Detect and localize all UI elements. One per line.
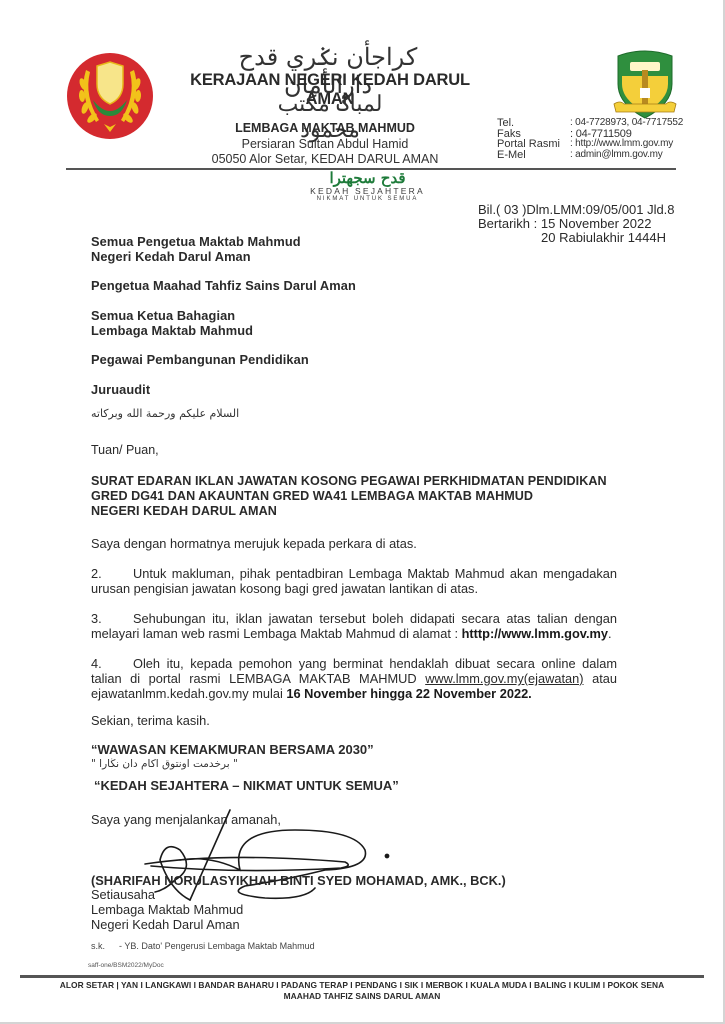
footer-line: MAAHAD TAHFIZ SAINS DARUL AMAN bbox=[20, 991, 704, 1002]
website-link[interactable]: htttp://www.lmm.gov.my bbox=[462, 626, 608, 641]
signatory-org: Negeri Kedah Darul Aman bbox=[91, 918, 243, 933]
paragraph-4: 4.Oleh itu, kepada pemohon yang berminat… bbox=[91, 656, 617, 701]
letter-subject: SURAT EDARAN IKLAN JAWATAN KOSONG PEGAWA… bbox=[91, 474, 651, 519]
signatory-title: Setiausaha bbox=[91, 888, 243, 903]
recipient-line: Semua Ketua Bahagian bbox=[91, 308, 253, 323]
contact-value[interactable]: : http://www.lmm.gov.my bbox=[570, 139, 673, 150]
signatory-name: (SHARIFAH NORULASYIKHAH BINTI SYED MOHAM… bbox=[91, 873, 506, 888]
letter-date: Bertarikh : 15 November 2022 bbox=[478, 217, 675, 231]
paragraph-number: 4. bbox=[91, 656, 133, 671]
recipient: Pengetua Maahad Tahfiz Sains Darul Aman bbox=[91, 278, 356, 293]
recipient: Semua Pengetua Maktab Mahmud Negeri Keda… bbox=[91, 234, 301, 264]
address-line: 05050 Alor Setar, KEDAH DARUL AMAN bbox=[195, 152, 455, 167]
cc-value: - YB. Dato' Pengerusi Lembaga Maktab Mah… bbox=[119, 941, 315, 951]
recipient: Juruaudit bbox=[91, 382, 150, 397]
recipient-line: Lembaga Maktab Mahmud bbox=[91, 323, 253, 338]
punctuation: . bbox=[608, 626, 612, 641]
application-dates: 16 November hingga 22 November 2022. bbox=[286, 686, 531, 701]
contact-portal: Portal Rasmi : http://www.lmm.gov.my bbox=[497, 139, 683, 150]
motto-kedah-sejahtera: “KEDAH SEJAHTERA – NIKMAT UNTUK SEMUA” bbox=[94, 778, 399, 793]
recipient-line: Juruaudit bbox=[91, 382, 150, 397]
paragraph-text: Untuk makluman, pihak pentadbiran Lembag… bbox=[91, 566, 617, 596]
reference-block: Bil.( 03 )Dlm.LMM:09/05/001 Jld.8 Bertar… bbox=[478, 203, 675, 245]
kedah-sejahtera-jawi: قدح سجهترا bbox=[295, 171, 440, 186]
paragraph-number: 2. bbox=[91, 566, 133, 581]
organization-name: LEMBAGA MAKTAB MAHMUD bbox=[205, 121, 445, 135]
paragraph-3: 3.Sehubungan itu, iklan jawatan tersebut… bbox=[91, 611, 617, 641]
recipient-line: Semua Pengetua Maktab Mahmud bbox=[91, 234, 301, 249]
subject-line: SURAT EDARAN IKLAN JAWATAN KOSONG PEGAWA… bbox=[91, 474, 651, 489]
hijri-date: 20 Rabiulakhir 1444H bbox=[478, 231, 675, 245]
lmm-crest-icon bbox=[610, 48, 680, 120]
contact-value[interactable]: : admin@lmm.gov.my bbox=[570, 150, 663, 161]
kedah-crest-icon bbox=[66, 50, 154, 142]
contact-email: E-Mel : admin@lmm.gov.my bbox=[497, 150, 683, 161]
signatory-details: Setiausaha Lembaga Maktab Mahmud Negeri … bbox=[91, 888, 243, 932]
contact-value: : 04-7728973, 04-7717552 bbox=[570, 118, 683, 129]
ejawatan-link[interactable]: www.lmm.gov.my(ejawatan) bbox=[425, 671, 583, 686]
footer-branches: ALOR SETAR | YAN I LANGKAWI I BANDAR BAH… bbox=[20, 980, 704, 1002]
contact-label: Tel. bbox=[497, 118, 570, 129]
reference-number: Bil.( 03 )Dlm.LMM:09/05/001 Jld.8 bbox=[478, 203, 675, 217]
recipient: Pegawai Pembangunan Pendidikan bbox=[91, 352, 309, 367]
carbon-copy: s.k.- YB. Dato' Pengerusi Lembaga Maktab… bbox=[91, 941, 315, 951]
motto-jawi: " برخدمت اونتوق اكام دان نڬارا " bbox=[91, 758, 261, 770]
cc-label: s.k. bbox=[91, 941, 119, 951]
greeting: Tuan/ Puan, bbox=[91, 443, 159, 457]
letter-page: كراجأن نݢري قدح دارالأمان KERAJAAN NEGER… bbox=[0, 0, 725, 1024]
contact-block: Tel. : 04-7728973, 04-7717552 Faks : 04-… bbox=[497, 118, 683, 160]
motto-wawasan: “WAWASAN KEMAKMURAN BERSAMA 2030” bbox=[91, 743, 374, 757]
recipient: Semua Ketua Bahagian Lembaga Maktab Mahm… bbox=[91, 308, 253, 338]
kedah-sejahtera-logo: قدح سجهترا KEDAH SEJAHTERA NIKMAT UNTUK … bbox=[295, 171, 440, 203]
paragraph-2: 2.Untuk makluman, pihak pentadbiran Lemb… bbox=[91, 566, 617, 596]
kedah-sejahtera-tagline: NIKMAT UNTUK SEMUA bbox=[295, 196, 440, 203]
contact-label: Portal Rasmi bbox=[497, 139, 570, 150]
footer-line: ALOR SETAR | YAN I LANGKAWI I BANDAR BAH… bbox=[20, 980, 704, 991]
recipient-line: Pegawai Pembangunan Pendidikan bbox=[91, 352, 309, 367]
signatory-org: Lembaga Maktab Mahmud bbox=[91, 903, 243, 918]
organization-address: Persiaran Sultan Abdul Hamid 05050 Alor … bbox=[195, 137, 455, 167]
contact-label: E-Mel bbox=[497, 150, 570, 161]
kedah-sejahtera-text: KEDAH SEJAHTERA bbox=[295, 187, 440, 196]
recipient-line: Pengetua Maahad Tahfiz Sains Darul Aman bbox=[91, 278, 356, 293]
subject-line: GRED DG41 DAN AKAUNTAN GRED WA41 LEMBAGA… bbox=[91, 489, 651, 504]
address-line: Persiaran Sultan Abdul Hamid bbox=[195, 137, 455, 152]
contact-tel: Tel. : 04-7728973, 04-7717552 bbox=[497, 118, 683, 129]
recipient-line: Negeri Kedah Darul Aman bbox=[91, 249, 301, 264]
paragraph-1: Saya dengan hormatnya merujuk kepada per… bbox=[91, 536, 617, 551]
paragraph-number: 3. bbox=[91, 611, 133, 626]
document-reference: saff-one/BSM2022/MyDoc bbox=[88, 962, 164, 969]
subject-line: NEGERI KEDAH DARUL AMAN bbox=[91, 504, 651, 519]
closing: Sekian, terima kasih. bbox=[91, 713, 210, 728]
arabic-salutation: السلام عليكم ورحمة الله وبركاته bbox=[91, 407, 261, 420]
footer-divider bbox=[20, 975, 704, 978]
